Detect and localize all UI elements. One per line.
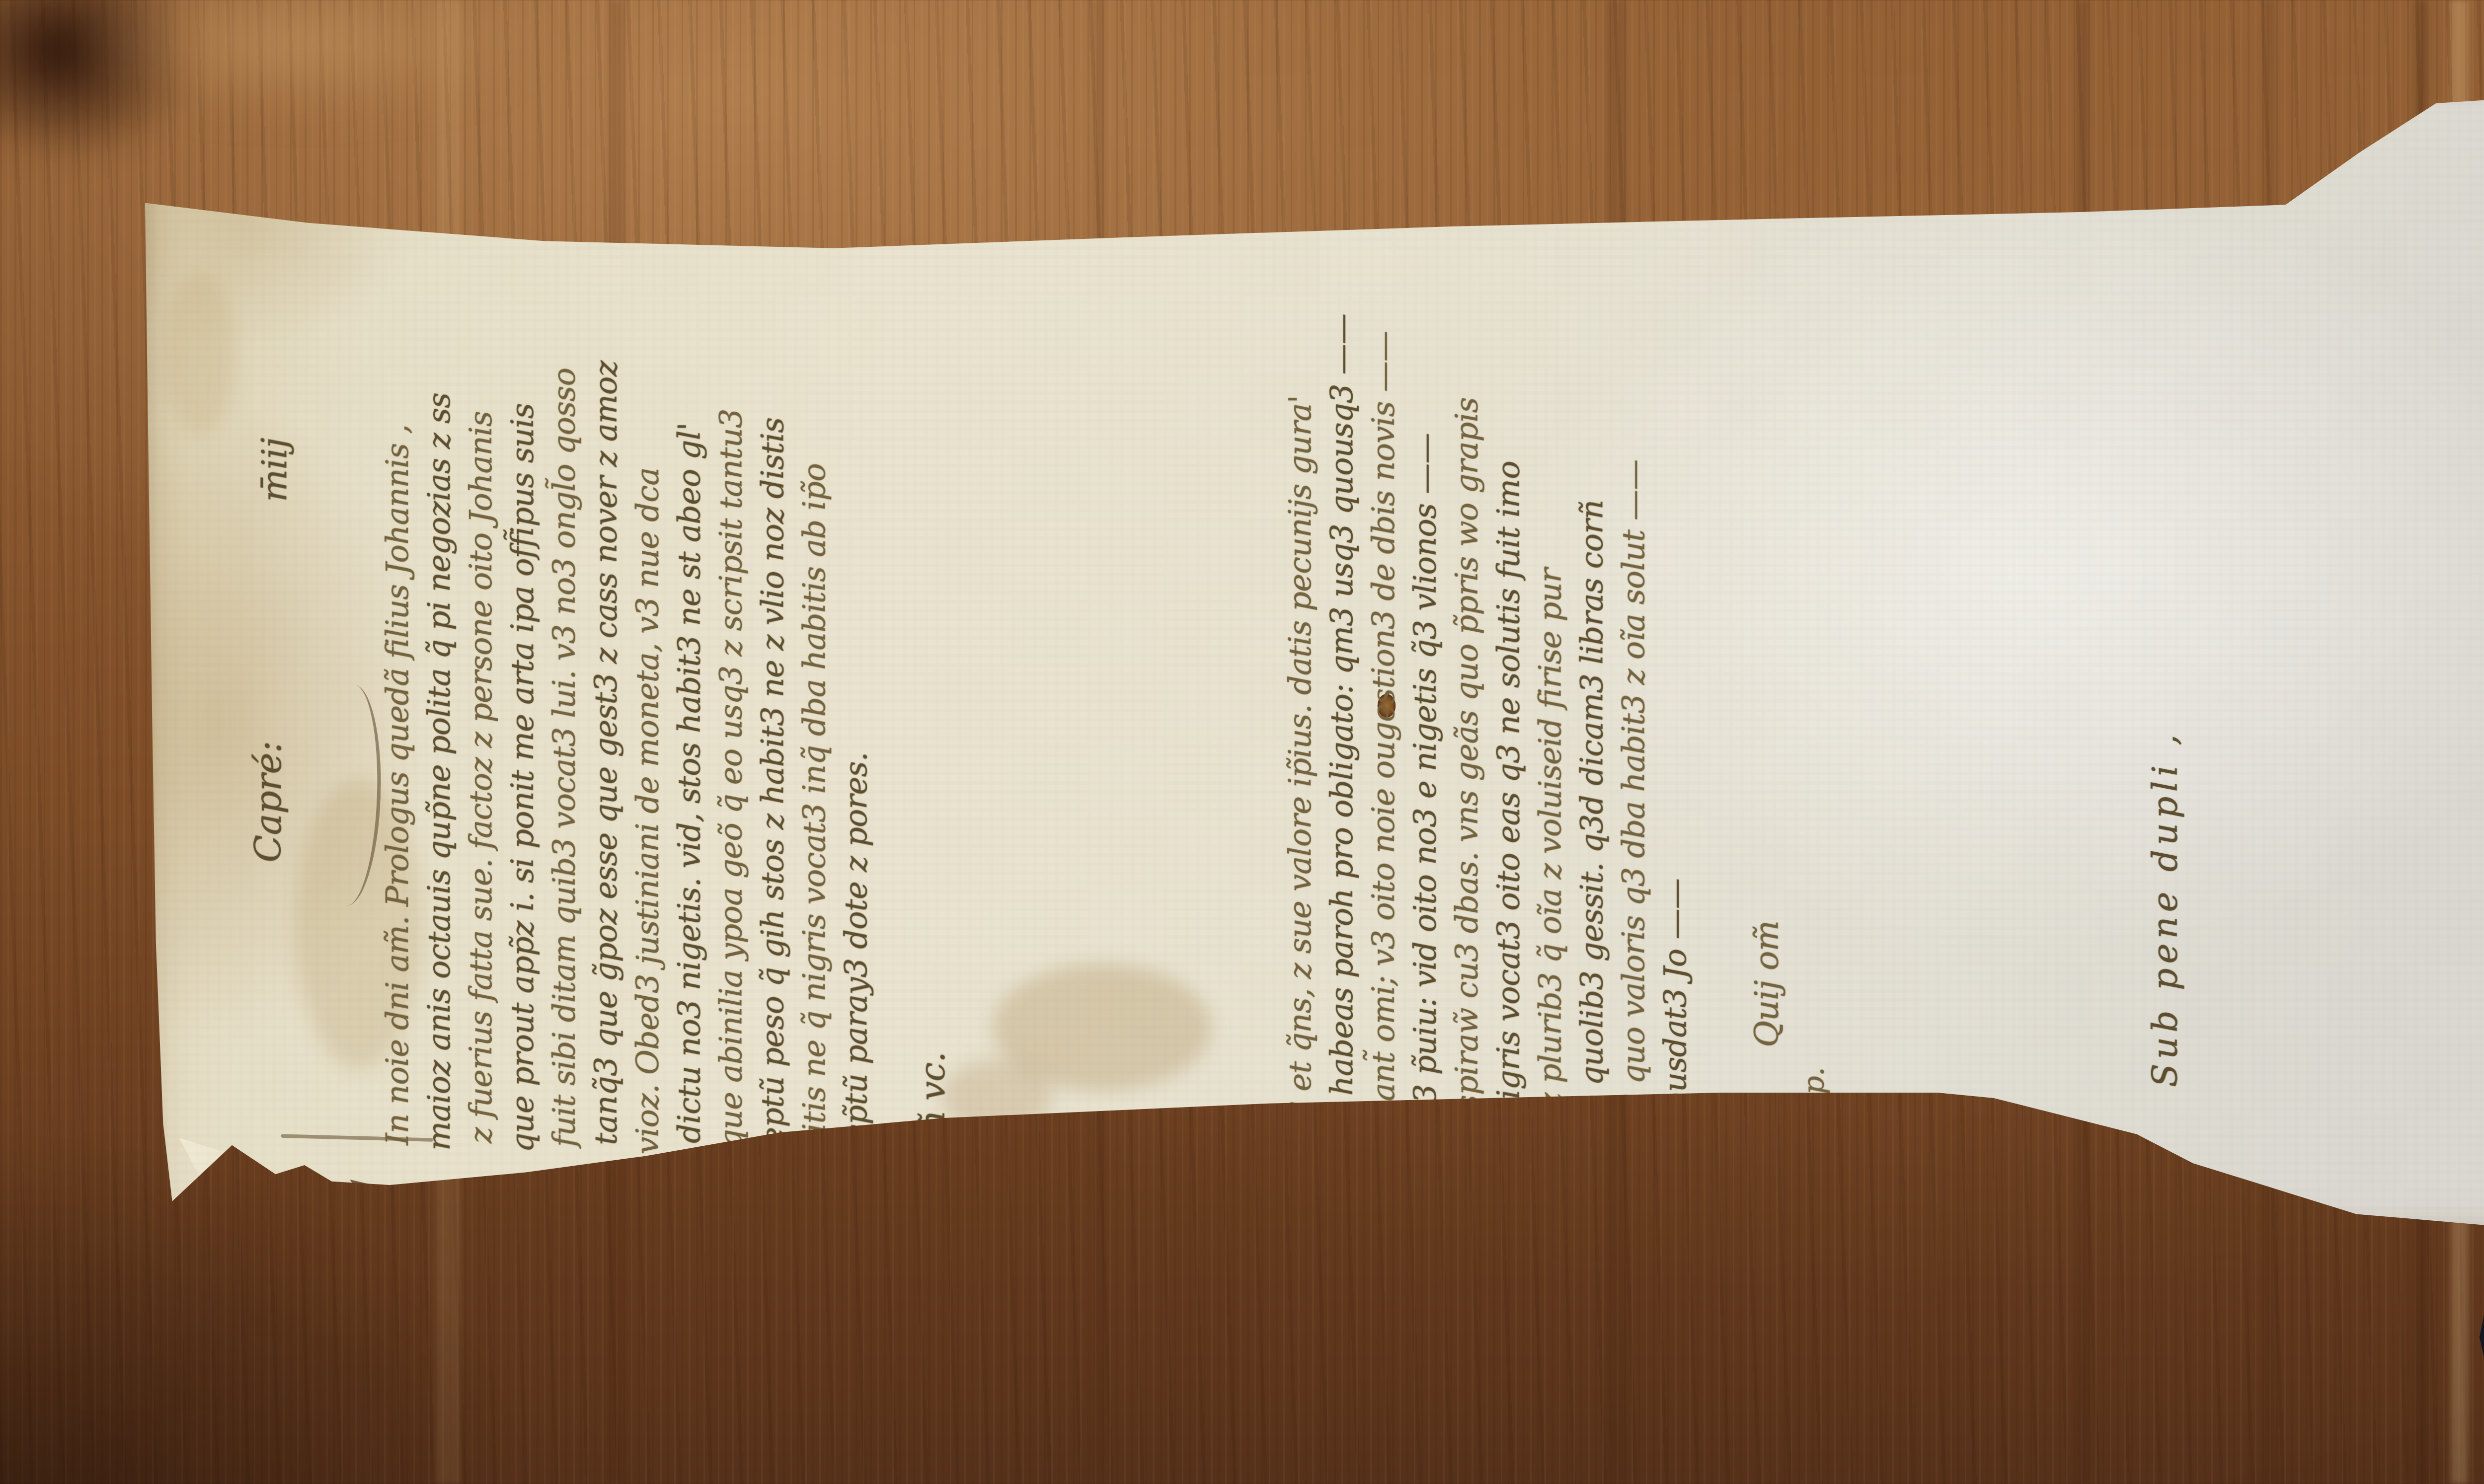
manuscript-line: Ul'3 et q̃ns, z sue valore ip̃ius. datis… [1283, 395, 1320, 1163]
manuscript-line: usq3 quo valoris q3 dba habit3 z oĩa sol… [1617, 459, 1653, 1167]
penalty-note: Sub pene dupli , [2146, 730, 2186, 1087]
manuscript-line: et oi3 p̃uiu: vid oito no3 e nigetis q̃3… [1408, 433, 1445, 1171]
manuscript-line: inp̃o quolib3 gessit. q3d dicam3 libras … [1575, 500, 1611, 1162]
manuscript-line: conspiraw̃ cu3 dbas. vns geãs quo p̃pris… [1450, 397, 1486, 1165]
photo-of-manuscript: Capré: m̄iij In noie dni am̃. Prologus q… [0, 0, 2484, 1484]
signature-mark: p. [1796, 1067, 1831, 1094]
text-block-2: Ul'3 et q̃ns, z sue valore ip̃ius. datis… [142, 83, 2484, 1247]
manuscript-line: dns z plurib3 q̃ oĩa z voluiseid firise … [1534, 568, 1570, 1172]
manuscript-sheet: Capré: m̄iij In noie dni am̃. Prologus q… [142, 83, 2484, 1247]
manuscript-line: solvant̃ omi; v3 oito noie ougestion3 de… [1367, 331, 1403, 1162]
manuscript-line: ip̃i z habeas paroh pro obligato: qm3 us… [1325, 314, 1361, 1169]
manuscript-line: dz nigris vocat3 oito eas q3 ne solutis … [1492, 461, 1528, 1163]
signature: Quij om̃ [1749, 921, 1787, 1047]
